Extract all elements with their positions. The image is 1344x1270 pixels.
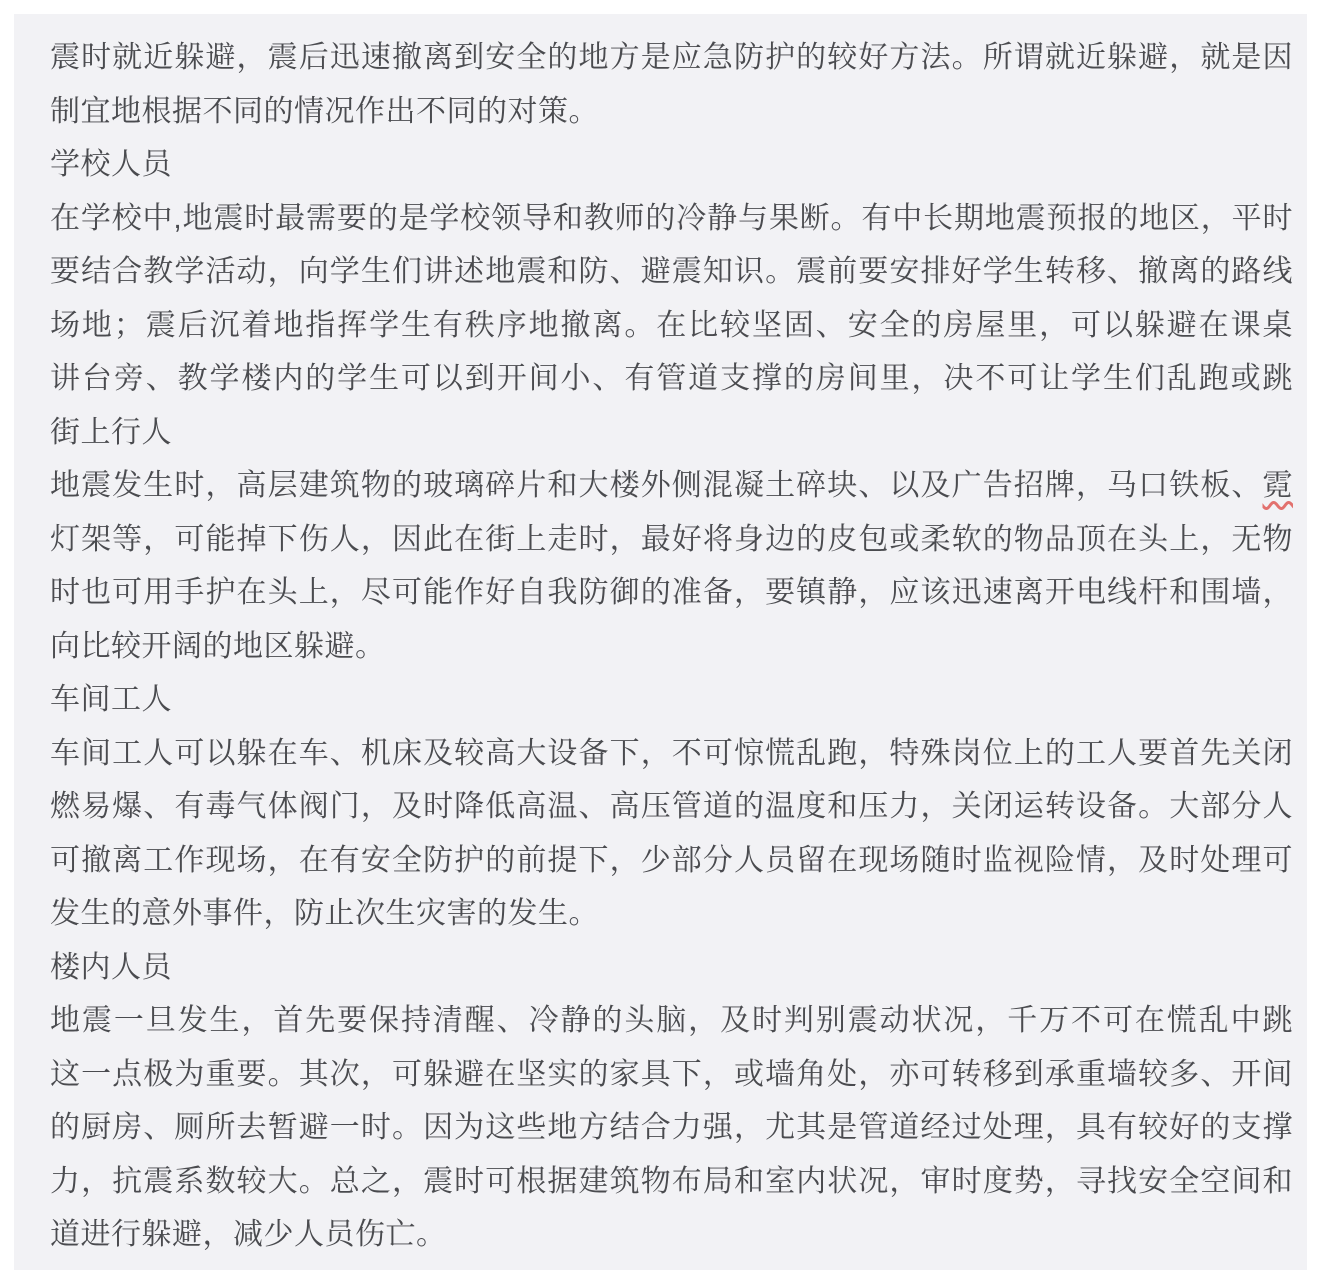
text-line: 在学校中,地震时最需要的是学校领导和教师的冷静与果断。有中长期地震预报的地区，平…: [50, 192, 1293, 246]
text-line: 道进行躲避，减少人员伤亡。: [50, 1208, 1293, 1262]
section-heading: 学校人员: [50, 138, 1293, 192]
text-line: 制宜地根据不同的情况作出不同的对策。: [50, 85, 1293, 139]
text-line: 可撤离工作现场，在有安全防护的前提下，少部分人员留在现场随时监视险情，及时处理可…: [50, 834, 1293, 888]
text-line: 地震发生时，高层建筑物的玻璃碎片和大楼外侧混凝土碎块、以及广告招牌，马口铁板、霓…: [50, 459, 1293, 513]
text-line: 燃易爆、有毒气体阀门，及时降低高温、高压管道的温度和压力，关闭运转设备。大部分人…: [50, 780, 1293, 834]
document-body: 震时就近躲避，震后迅速撤离到安全的地方是应急防护的较好方法。所谓就近躲避，就是因…: [50, 31, 1293, 1262]
section-heading: 楼内人员: [50, 941, 1293, 995]
line-text: 地震发生时，高层建筑物的玻璃碎片和大楼外侧混凝土碎块、以及广告招牌，马口铁板、: [50, 469, 1263, 502]
text-line: 震时就近躲避，震后迅速撤离到安全的地方是应急防护的较好方法。所谓就近躲避，就是因…: [50, 31, 1293, 85]
text-line: 讲台旁、教学楼内的学生可以到开间小、有管道支撑的房间里，决不可让学生们乱跑或跳楼…: [50, 352, 1293, 406]
text-line: 发生的意外事件，防止次生灾害的发生。: [50, 887, 1293, 941]
content-panel: 震时就近躲避，震后迅速撤离到安全的地方是应急防护的较好方法。所谓就近躲避，就是因…: [14, 14, 1307, 1270]
text-line: 灯架等，可能掉下伤人，因此在街上走时，最好将身边的皮包或柔软的物品顶在头上，无物…: [50, 513, 1293, 567]
text-line: 地震一旦发生，首先要保持清醒、冷静的头脑，及时判别震动状况，千万不可在慌乱中跳楼…: [50, 994, 1293, 1048]
text-line: 要结合教学活动，向学生们讲述地震和防、避震知识。震前要安排好学生转移、撤离的路线…: [50, 245, 1293, 299]
text-line: 力，抗震系数较大。总之，震时可根据建筑物布局和室内状况，审时度势，寻找安全空间和…: [50, 1155, 1293, 1209]
section-heading: 街上行人: [50, 406, 1293, 460]
text-line: 向比较开阔的地区躲避。: [50, 620, 1293, 674]
text-line: 场地；震后沉着地指挥学生有秩序地撤离。在比较坚固、安全的房屋里，可以躲避在课桌下…: [50, 299, 1293, 353]
section-heading: 车间工人: [50, 673, 1293, 727]
text-line: 这一点极为重要。其次，可躲避在坚实的家具下，或墙角处，亦可转移到承重墙较多、开间…: [50, 1048, 1293, 1102]
text-line: 车间工人可以躲在车、机床及较高大设备下，不可惊慌乱跑，特殊岗位上的工人要首先关闭…: [50, 727, 1293, 781]
text-line: 时也可用手护在头上，尽可能作好自我防御的准备，要镇静，应该迅速离开电线杆和围墙，…: [50, 566, 1293, 620]
text-line: 的厨房、厕所去暂避一时。因为这些地方结合力强，尤其是管道经过处理，具有较好的支撑: [50, 1101, 1293, 1155]
